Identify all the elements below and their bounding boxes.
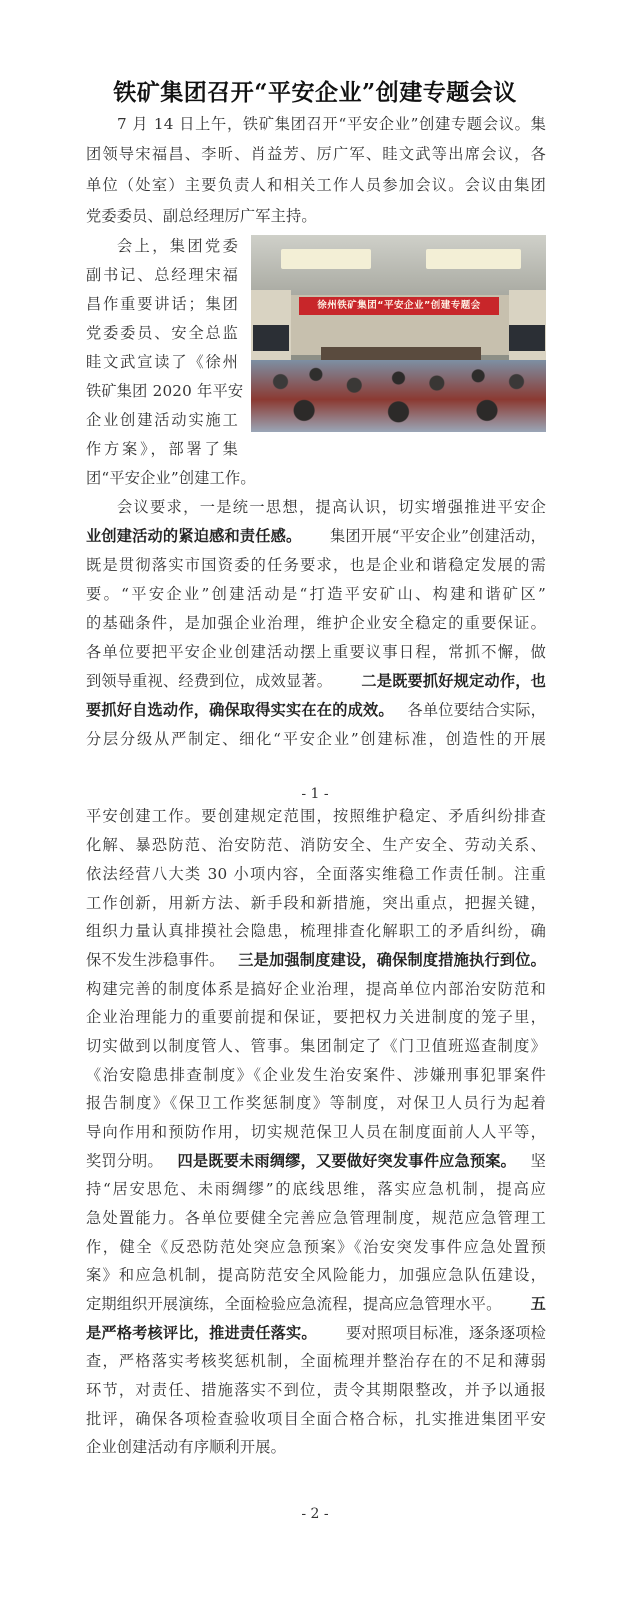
text-line: 切实做到以制度管人、管事。集团制定了《门卫值班巡查制度》	[86, 1033, 546, 1059]
text-line: 作，健全《反恐防范处突应急预案》《治安突发事件应急处置预	[86, 1234, 546, 1260]
text-line: 保不发生涉稳事件。三是加强制度建设，确保制度措施执行到位。	[86, 947, 546, 973]
meeting-photo: 徐州铁矿集团“平安企业”创建专题会	[251, 235, 546, 432]
text-line: 企业创建活动有序顺利开展。	[86, 1434, 546, 1460]
text-line: 副书记、总经理宋福	[86, 262, 238, 288]
text-line: 各单位要把平安企业创建活动摆上重要议事日程，常抓不懈，做	[86, 639, 546, 665]
text-line: 要。“平安企业”创建活动是“打造平安矿山、构建和谐矿区”	[86, 581, 546, 607]
text-line: 持“居安思危、未雨绸缪”的底线思维，落实应急机制，提高应	[86, 1176, 546, 1202]
text-line: 的基础条件，是加强企业治理，维护企业安全稳定的重要保证。	[86, 610, 546, 636]
text-line: 既是贯彻落实市国资委的任务要求，也是企业和谐稳定发展的需	[86, 552, 546, 578]
text-line: 查，严格落实考核奖惩机制，全面梳理并整治存在的不足和薄弱	[86, 1348, 546, 1374]
text-line: 定期组织开展演练，全面检验应急流程，提高应急管理水平。五	[86, 1291, 546, 1317]
text-line: 铁矿集团 2020 年平安	[86, 378, 238, 404]
text-line: 工作创新，用新方法、新手段和新措施，突出重点，把握关键，	[86, 890, 546, 916]
photo-ceiling	[251, 235, 546, 295]
text-line: 平安创建工作。要创建规定范围，按照维护稳定、矛盾纠纷排查	[86, 803, 546, 829]
article-title: 铁矿集团召开“平安企业”创建专题会议	[0, 74, 630, 107]
text-line: 是严格考核评比，推进责任落实。要对照项目标准，逐条逐项检	[86, 1320, 546, 1346]
text-line: 奖罚分明。四是既要未雨绸缪，又要做好突发事件应急预案。坚	[86, 1148, 546, 1174]
text-line: 到领导重视、经费到位，成效显著。二是既要抓好规定动作，也	[86, 668, 546, 694]
text-line: 单位（处室）主要负责人和相关工作人员参加会议。会议由集团	[86, 172, 546, 198]
photo-audience	[251, 360, 546, 432]
text-line: 化解、暴恐防范、治安防范、消防安全、生产安全、劳动关系、	[86, 832, 546, 858]
text-line: 党委委员、安全总监	[86, 320, 238, 346]
text-line: 眭文武宣读了《徐州	[86, 349, 238, 375]
text-line: 业创建活动的紧迫感和责任感。集团开展“平安企业”创建活动，	[86, 523, 546, 549]
text-line: 会上，集团党委	[86, 233, 238, 259]
text-line: 团“平安企业”创建工作。	[86, 465, 546, 491]
text-line: 依法经营八大类 30 小项内容，全面落实维稳工作责任制。注重	[86, 861, 546, 887]
text-line: 案》和应急机制，提高防范安全风险能力，加强应急队伍建设，	[86, 1262, 546, 1288]
photo-banner: 徐州铁矿集团“平安企业”创建专题会	[299, 297, 499, 315]
text-line: 作方案》，部署了集	[86, 436, 238, 462]
text-line: 企业创建活动实施工	[86, 407, 238, 433]
text-line: 团领导宋福昌、李昕、肖益芳、厉广军、眭文武等出席会议，各	[86, 141, 546, 167]
page-number: - 2 -	[0, 1506, 630, 1522]
text-line: 会议要求，一是统一思想，提高认识，切实增强推进平安企	[86, 494, 546, 520]
text-line: 组织力量认真排摸社会隐患，梳理排查化解职工的矛盾纠纷，确	[86, 918, 546, 944]
text-line: 《治安隐患排查制度》《企业发生治安案件、涉嫌刑事犯罪案件	[86, 1062, 546, 1088]
text-line: 构建完善的制度体系是搞好企业治理，提高单位内部治安防范和	[86, 976, 546, 1002]
text-line: 环节，对责任、措施落实不到位，责令其期限整改，并予以通报	[86, 1377, 546, 1403]
text-line: 急处置能力。各单位要健全完善应急管理制度，规范应急管理工	[86, 1205, 546, 1231]
text-line: 7 月 14 日上午，铁矿集团召开“平安企业”创建专题会议。集	[86, 111, 546, 137]
text-line: 企业治理能力的重要前提和保证，要把权力关进制度的笼子里，	[86, 1004, 546, 1030]
text-line: 导向作用和预防作用，切实规范保卫人员在制度面前人人平等，	[86, 1119, 546, 1145]
text-line: 报告制度》《保卫工作奖惩制度》等制度，对保卫人员行为起着	[86, 1090, 546, 1116]
text-line: 分层分级从严制定、细化“平安企业”创建标准，创造性的开展	[86, 726, 546, 752]
text-line: 昌作重要讲话；集团	[86, 291, 238, 317]
text-line: 批评，确保各项检查验收项目全面合格合标，扎实推进集团平安	[86, 1406, 546, 1432]
page-number: - 1 -	[0, 786, 630, 802]
text-line: 要抓好自选动作，确保取得实实在在的成效。各单位要结合实际，	[86, 697, 546, 723]
text-line: 党委委员、副总经理厉广军主持。	[86, 203, 546, 229]
